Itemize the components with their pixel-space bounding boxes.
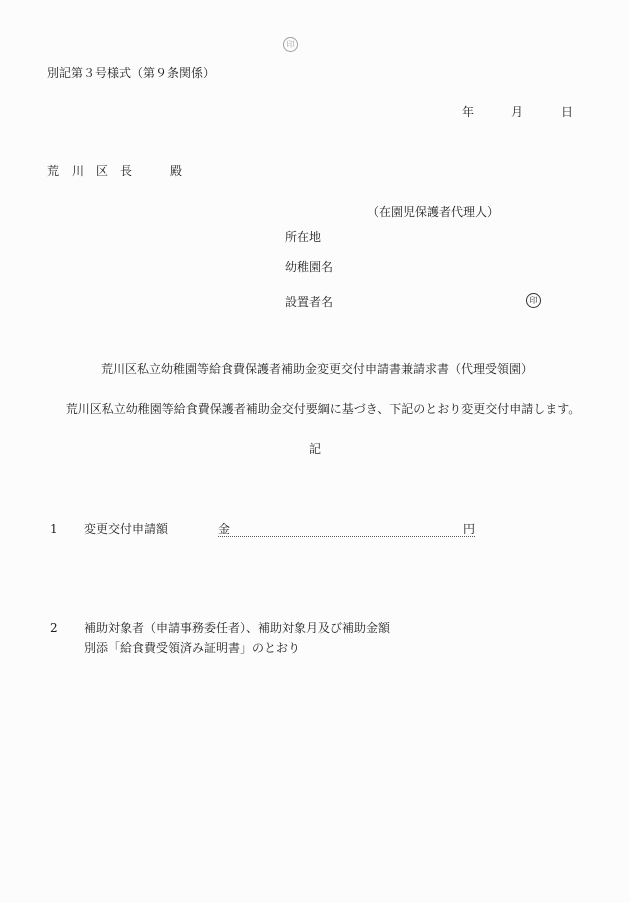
document-body: 荒川区私立幼稚園等給食費保護者補助金交付要綱に基づき、下記のとおり変更交付申請し… xyxy=(0,402,630,416)
item-2-number: 2 xyxy=(50,621,58,635)
seal-icon: 印 xyxy=(530,296,538,305)
item-2-label: 補助対象者（申請事務委任者）、補助対象月及び補助金額 xyxy=(84,621,390,635)
addressee-char: 長 xyxy=(120,164,132,178)
addressee-char: 区 xyxy=(96,164,108,178)
document-title: 荒川区私立幼稚園等給食費保護者補助金変更交付申請書兼請求書（代理受領園） xyxy=(0,362,630,376)
amount-field[interactable] xyxy=(218,536,475,537)
date-month-label: 月 xyxy=(511,105,523,119)
founder-name-label: 設置者名 xyxy=(285,295,333,309)
amount-prefix: 金 xyxy=(218,522,230,536)
addressee-char: 川 xyxy=(72,164,84,178)
item-1-number: 1 xyxy=(50,522,58,536)
item-1-label: 変更交付申請額 xyxy=(84,522,168,536)
seal-mark-top: 印 xyxy=(283,37,298,52)
ki-heading: 記 xyxy=(0,442,630,456)
date-year-label: 年 xyxy=(462,105,474,119)
date-day-label: 日 xyxy=(561,105,573,119)
kindergarten-name-label: 幼稚園名 xyxy=(285,260,333,274)
address-label: 所在地 xyxy=(285,230,321,244)
seal-icon: 印 xyxy=(287,40,295,49)
form-reference: 別記第３号様式（第９条関係） xyxy=(47,66,215,80)
addressee-char: 荒 xyxy=(47,164,59,178)
item-2-note: 別添「給食費受領済み証明書」のとおり xyxy=(84,641,300,655)
amount-suffix: 円 xyxy=(463,522,475,536)
addressee-honorific: 殿 xyxy=(170,164,182,178)
applicant-role: （在園児保護者代理人） xyxy=(367,205,499,219)
seal-mark-founder: 印 xyxy=(526,293,541,308)
